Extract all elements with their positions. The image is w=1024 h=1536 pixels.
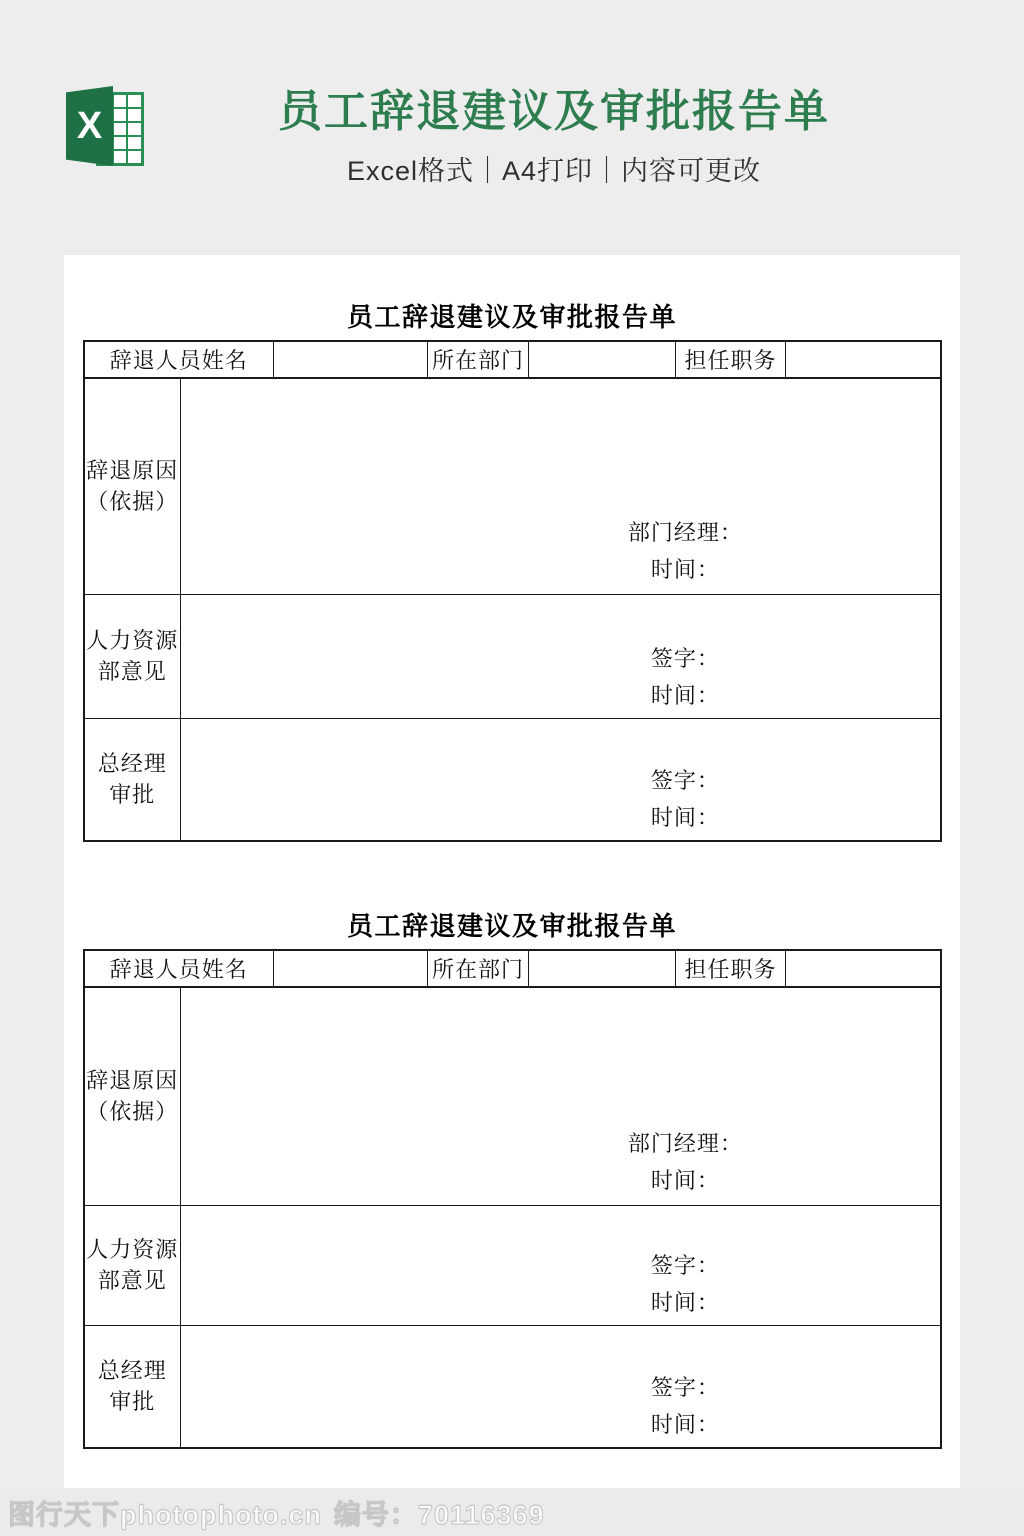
table-row: 人力资源 部意见 签字： 时间： <box>84 1205 941 1325</box>
sign-annotation: 部门经理： 时间： <box>628 514 743 588</box>
document-sheet: 员工辞退建议及审批报告单 辞退人员姓名 所在部门 担任职务 <box>64 255 960 1488</box>
table-row: 辞退原因 （依据） 部门经理： 时间： <box>84 378 941 594</box>
table-row: 人力资源 部意见 签字： 时间： <box>84 594 941 718</box>
dismissal-reason-content-cell: 部门经理： 时间： <box>181 378 941 594</box>
form-title: 员工辞退建议及审批报告单 <box>64 255 960 334</box>
page-header: X 员工辞退建议及审批报告单 Excel格式｜A4打印｜内容可更改 <box>0 0 1024 255</box>
template-preview-page: X 员工辞退建议及审批报告单 Excel格式｜A4打印｜内容可更改 员工辞退建议… <box>0 0 1024 1536</box>
position-label-cell: 担任职务 <box>676 950 786 987</box>
form-body-table: 辞退原因 （依据） 部门经理： 时间： 人力资源 部意见 <box>83 986 942 1449</box>
table-row: 辞退原因 （依据） 部门经理： 时间： <box>84 987 941 1205</box>
watermark-id-text: 编号：70116369 <box>334 1493 545 1532</box>
watermark-site-text: 图行天下photophoto.cn <box>8 1493 322 1532</box>
sign-annotation: 签字： 时间： <box>651 1369 720 1443</box>
department-label-cell: 所在部门 <box>428 341 529 378</box>
department-value-cell <box>529 341 676 378</box>
dismissal-reason-content-cell: 部门经理： 时间： <box>181 987 941 1205</box>
position-label-cell: 担任职务 <box>676 341 786 378</box>
form-body-table: 辞退原因 （依据） 部门经理： 时间： 人力资源 部意见 <box>83 377 942 842</box>
table-row: 总经理 审批 签字： 时间： <box>84 718 941 841</box>
hr-opinion-label-cell: 人力资源 部意见 <box>84 1205 181 1325</box>
name-value-cell <box>274 341 428 378</box>
gm-approval-content-cell: 签字： 时间： <box>181 718 941 841</box>
sign-annotation: 签字： 时间： <box>651 1247 720 1321</box>
header-text: 员工辞退建议及审批报告单 Excel格式｜A4打印｜内容可更改 <box>0 0 1024 188</box>
table-row: 辞退人员姓名 所在部门 担任职务 <box>84 341 941 378</box>
hr-opinion-label-cell: 人力资源 部意见 <box>84 594 181 718</box>
table-row: 辞退人员姓名 所在部门 担任职务 <box>84 950 941 987</box>
gm-approval-label-cell: 总经理 审批 <box>84 718 181 841</box>
dismissal-form-2: 员工辞退建议及审批报告单 辞退人员姓名 所在部门 担任职务 <box>64 842 960 1449</box>
sign-annotation: 签字： 时间： <box>651 762 720 836</box>
watermark-bar: 图行天下photophoto.cn 编号：70116369 <box>0 1488 1024 1536</box>
dismissal-form-1: 员工辞退建议及审批报告单 辞退人员姓名 所在部门 担任职务 <box>64 255 960 842</box>
dismissal-reason-label-cell: 辞退原因 （依据） <box>84 378 181 594</box>
form-title: 员工辞退建议及审批报告单 <box>64 842 960 943</box>
department-value-cell <box>529 950 676 987</box>
table-row: 总经理 审批 签字： 时间： <box>84 1325 941 1448</box>
gm-approval-content-cell: 签字： 时间： <box>181 1325 941 1448</box>
hr-opinion-content-cell: 签字： 时间： <box>181 1205 941 1325</box>
name-label-cell: 辞退人员姓名 <box>84 950 274 987</box>
department-label-cell: 所在部门 <box>428 950 529 987</box>
hr-opinion-content-cell: 签字： 时间： <box>181 594 941 718</box>
sign-annotation: 签字： 时间： <box>651 640 720 714</box>
form-header-table: 辞退人员姓名 所在部门 担任职务 <box>83 340 942 379</box>
dismissal-reason-label-cell: 辞退原因 （依据） <box>84 987 181 1205</box>
name-value-cell <box>274 950 428 987</box>
sign-annotation: 部门经理： 时间： <box>628 1125 743 1199</box>
page-title: 员工辞退建议及审批报告单 <box>84 88 1024 136</box>
position-value-cell <box>786 341 941 378</box>
form-header-table: 辞退人员姓名 所在部门 担任职务 <box>83 949 942 988</box>
page-subtitle: Excel格式｜A4打印｜内容可更改 <box>84 149 1024 188</box>
position-value-cell <box>786 950 941 987</box>
gm-approval-label-cell: 总经理 审批 <box>84 1325 181 1448</box>
name-label-cell: 辞退人员姓名 <box>84 341 274 378</box>
